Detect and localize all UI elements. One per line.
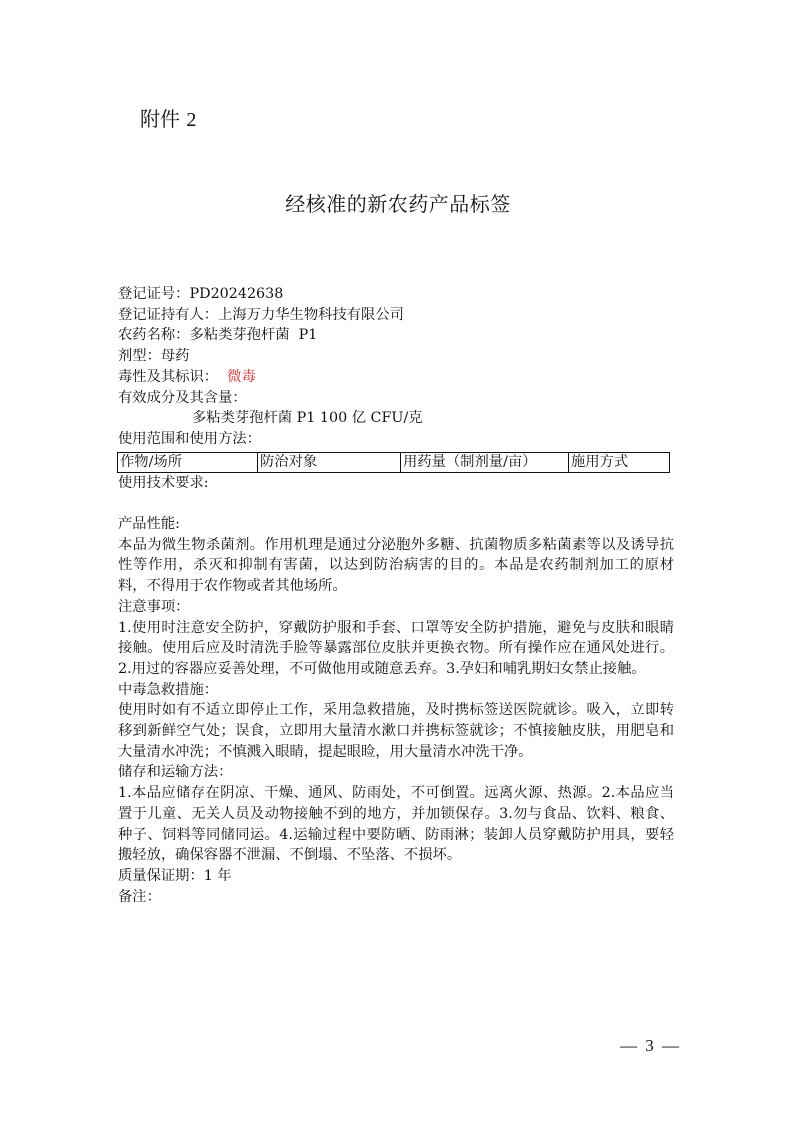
remarks-label: 备注： bbox=[118, 889, 161, 905]
toxicity-label: 毒性及其标识： bbox=[118, 369, 218, 385]
registration-number-row: 登记证号：PD20242638 bbox=[118, 284, 678, 305]
page-number: — 3 — bbox=[620, 1036, 681, 1056]
toxicity-row: 毒性及其标识： 微毒 bbox=[118, 367, 678, 388]
formulation-row: 剂型：母药 bbox=[118, 346, 678, 367]
storage-text: 1.本品应储存在阴凉、干燥、通风、防雨处，不可倒置。远离火源、热源。2.本品应当… bbox=[118, 783, 674, 866]
formulation-value: 母药 bbox=[161, 348, 190, 364]
usage-label: 使用范围和使用方法： bbox=[118, 431, 261, 447]
header-dosage: 用药量（制剂量/亩） bbox=[401, 452, 569, 472]
document-title-text: 经核准的新农药产品标签 bbox=[285, 192, 511, 216]
registration-number-label: 登记证号： bbox=[118, 286, 189, 302]
ingredient-value: 多粘类芽孢杆菌 P1 100 亿 CFU/克 bbox=[192, 410, 423, 426]
usage-table: 作物/场所 防治对象 用药量（制剂量/亩） 施用方式 bbox=[117, 452, 670, 473]
performance-label: 产品性能: bbox=[118, 516, 180, 532]
blank-line bbox=[118, 493, 678, 514]
header-method: 施用方式 bbox=[569, 452, 670, 472]
first-aid-label: 中毒急救措施： bbox=[118, 682, 218, 698]
pesticide-name-value: 多粘类芽孢杆菌 P1 bbox=[189, 327, 317, 343]
storage-label-row: 储存和运输方法： bbox=[118, 762, 678, 783]
header-crop: 作物/场所 bbox=[118, 452, 258, 472]
label-content: 登记证号：PD20242638 登记证持有人：上海万力华生物科技有限公司 农药名… bbox=[118, 284, 678, 907]
technique-label-row: 使用技术要求: bbox=[118, 473, 678, 494]
ingredient-label-row: 有效成分及其含量： bbox=[118, 388, 678, 409]
usage-table-header-row: 作物/场所 防治对象 用药量（制剂量/亩） 施用方式 bbox=[118, 452, 670, 472]
first-aid-text: 使用时如有不适立即停止工作，采用急救措施，及时携标签送医院就诊。吸入，立即转移到… bbox=[118, 700, 674, 762]
ingredient-label: 有效成分及其含量： bbox=[118, 390, 247, 406]
pesticide-name-label: 农药名称： bbox=[118, 327, 189, 343]
attachment-heading: 附件 2 bbox=[140, 103, 196, 132]
precautions-text: 1.使用时注意安全防护，穿戴防护服和手套、口罩等安全防护措施，避免与皮肤和眼睛接… bbox=[118, 618, 674, 680]
attachment-label: 附件 bbox=[140, 107, 180, 131]
toxicity-value: 微毒 bbox=[227, 369, 256, 385]
ingredient-row: 多粘类芽孢杆菌 P1 100 亿 CFU/克 bbox=[118, 408, 678, 429]
pesticide-name-row: 农药名称：多粘类芽孢杆菌 P1 bbox=[118, 325, 678, 346]
shelf-life-label: 质量保证期： bbox=[118, 868, 204, 884]
shelf-life-value: 1 年 bbox=[204, 868, 232, 884]
header-target: 防治对象 bbox=[258, 452, 401, 472]
holder-value: 上海万力华生物科技有限公司 bbox=[218, 307, 404, 323]
performance-label-row: 产品性能: bbox=[118, 514, 678, 535]
storage-label: 储存和运输方法： bbox=[118, 764, 232, 780]
remarks-row: 备注： bbox=[118, 887, 678, 908]
first-aid-label-row: 中毒急救措施： bbox=[118, 680, 678, 701]
attachment-number: 2 bbox=[186, 109, 196, 131]
precautions-label: 注意事项： bbox=[118, 599, 189, 615]
holder-label: 登记证持有人： bbox=[118, 307, 218, 323]
registration-number-value: PD20242638 bbox=[189, 286, 283, 302]
performance-text: 本品为微生物杀菌剂。作用机理是通过分泌胞外多糖、抗菌物质多粘菌素等以及诱导抗性等… bbox=[118, 535, 674, 597]
usage-label-row: 使用范围和使用方法： bbox=[118, 429, 678, 450]
formulation-label: 剂型： bbox=[118, 348, 161, 364]
precautions-label-row: 注意事项： bbox=[118, 597, 678, 618]
technique-label: 使用技术要求: bbox=[118, 475, 209, 491]
document-title: 经核准的新农药产品标签 bbox=[0, 188, 794, 217]
shelf-life-row: 质量保证期：1 年 bbox=[118, 866, 678, 887]
holder-row: 登记证持有人：上海万力华生物科技有限公司 bbox=[118, 305, 678, 326]
